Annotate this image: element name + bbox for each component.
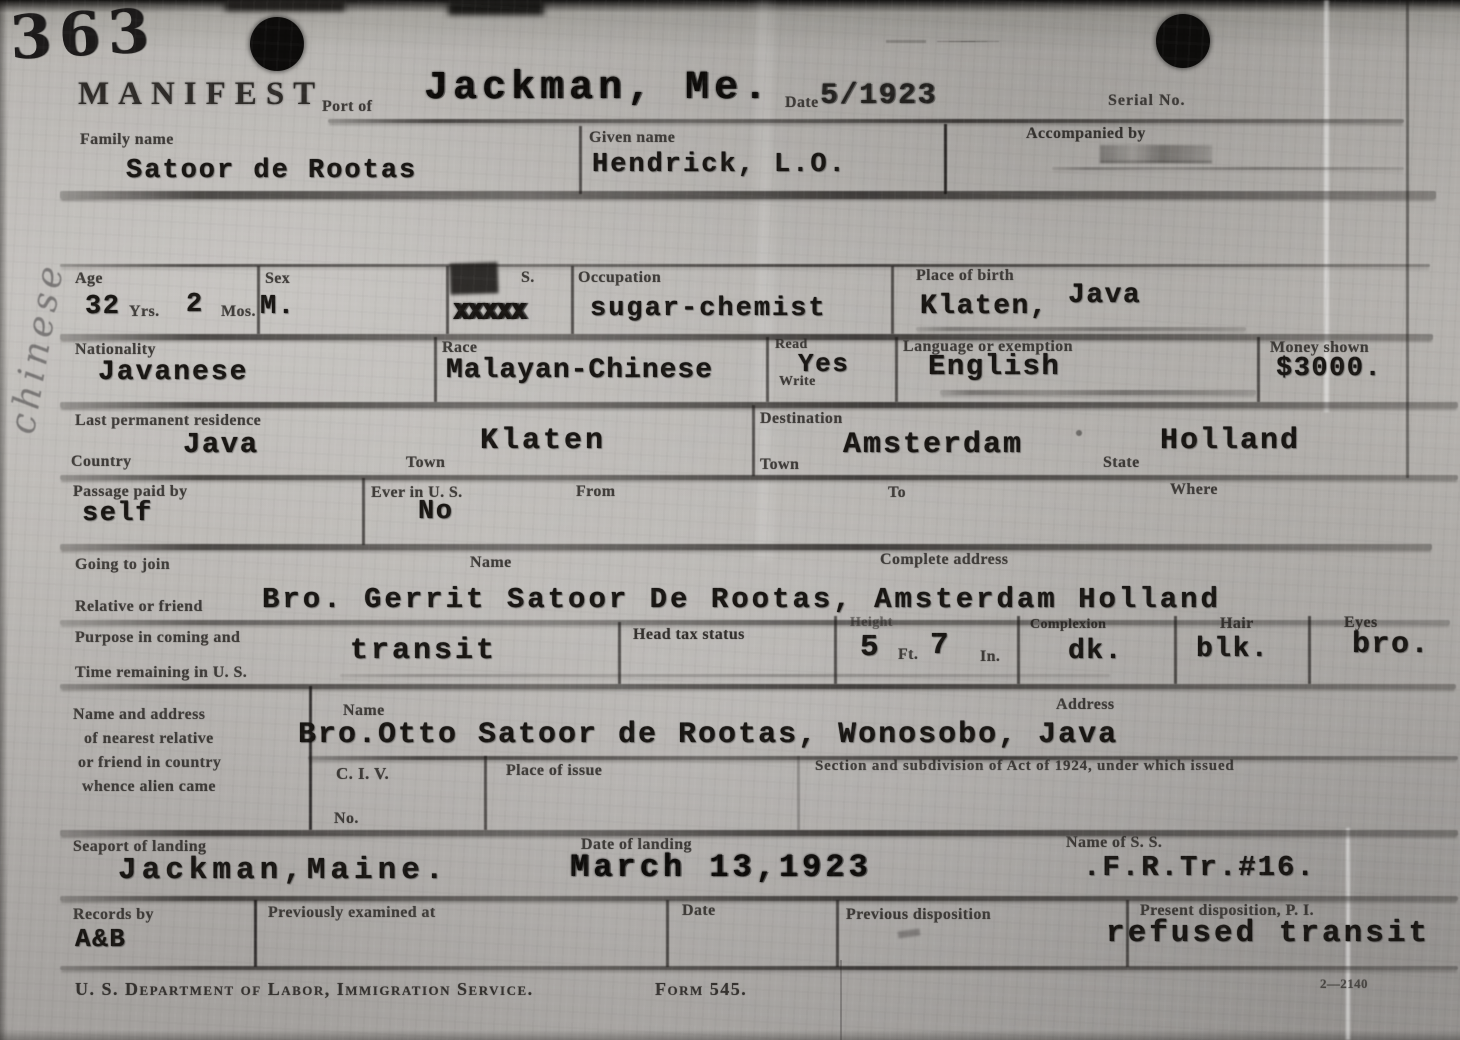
divider-given-accompanied — [944, 124, 947, 194]
ft-label: Ft. — [898, 646, 918, 664]
date-of-landing-value: March 13,1923 — [570, 849, 872, 886]
to-label: To — [888, 484, 906, 502]
crease-footer — [840, 960, 842, 1040]
sex-value: M. — [260, 292, 295, 322]
family-name-value: Satoor de Rootas — [126, 156, 417, 186]
passage-paid-value: self — [82, 499, 153, 529]
pencil-check-mark — [898, 929, 921, 939]
nearest-relative-value: Bro.Otto Satoor de Rootas, Wonosobo, Jav… — [298, 718, 1118, 752]
previously-examined-label: Previously examined at — [268, 904, 436, 922]
town-value: Klaten — [480, 424, 606, 458]
nearest-relative-label-4: whence alien came — [82, 778, 216, 796]
state-label: State — [1103, 454, 1140, 472]
rule-under-passage-row — [60, 544, 1432, 550]
country-label: Country — [71, 453, 132, 471]
occupation-value: sugar-chemist — [590, 294, 827, 324]
destination-label: Destination — [760, 410, 843, 428]
divider-nationality-race — [434, 337, 437, 402]
join-name-label: Name — [470, 554, 512, 572]
race-value: Malayan-Chinese — [446, 355, 713, 386]
given-name-value: Hendrick, L.O. — [592, 150, 847, 180]
records-by-label: Records by — [73, 906, 154, 924]
rule-under-header — [328, 119, 1404, 123]
nationality-value: Javanese — [98, 357, 248, 388]
relative-or-friend-label: Relative or friend — [75, 598, 203, 616]
dest-town-label: Town — [760, 456, 799, 474]
divider-marital-occupation — [571, 266, 574, 334]
place-of-issue-label: Place of issue — [506, 762, 602, 780]
given-name-label: Given name — [589, 129, 675, 147]
head-tax-label: Head tax status — [633, 626, 745, 644]
rule-under-purpose-row — [60, 684, 1456, 689]
mos-label: Mos. — [221, 303, 256, 321]
yrs-label: Yrs. — [129, 303, 159, 321]
ever-in-us-value: No — [418, 497, 453, 527]
divider-sex-marital — [446, 266, 449, 334]
marital-struck-value: XXXXX — [453, 300, 525, 327]
stamp-blotch-marital — [449, 262, 498, 295]
section-act-label: Section and subdivision of Act of 1924, … — [815, 758, 1235, 775]
complexion-value: dk. — [1068, 636, 1123, 667]
smudge-under-language — [940, 390, 1256, 395]
birth-city-value: Klaten, — [920, 291, 1048, 322]
money-value: $3000. — [1276, 354, 1382, 384]
accompanied-by-smudge — [1100, 145, 1212, 163]
state-value: Holland — [1160, 424, 1300, 458]
single-label: S. — [521, 269, 535, 287]
scan-left-edge — [0, 0, 8, 1040]
rule-under-names — [60, 191, 1436, 199]
divider-civ-issue — [484, 756, 487, 830]
rule-under-nationality-row — [60, 402, 1458, 408]
footer-form-number: Form 545. — [655, 979, 747, 1000]
nearest-relative-label-1: Name and address — [73, 706, 205, 724]
divider-race-readwrite — [766, 337, 769, 402]
scan-top-edge — [0, 0, 1460, 13]
present-disposition-value: refused transit — [1106, 916, 1430, 951]
rule-under-records-row — [60, 966, 1458, 970]
divider-family-given — [579, 126, 582, 194]
dest-town-value: Amsterdam — [843, 428, 1023, 462]
in-label: In. — [980, 648, 1000, 666]
relative-address-label: Address — [1056, 696, 1115, 714]
port-value: Jackman, Me. — [424, 66, 772, 111]
name-of-ss-label: Name of S. S. — [1066, 834, 1162, 852]
country-value: Java — [183, 428, 259, 461]
rule-under-relative-row — [60, 830, 1458, 836]
from-label: From — [576, 483, 616, 501]
divider-examined-date — [666, 900, 669, 967]
footer-print-code: 2—2140 — [1320, 976, 1368, 992]
date-value: 5/1923 — [820, 79, 937, 113]
pencil-marks — [886, 40, 926, 43]
records-by-value: A&B — [75, 924, 126, 954]
where-label: Where — [1170, 481, 1218, 499]
civ-no-label: No. — [334, 810, 359, 828]
divider-language-money — [1257, 337, 1260, 402]
smudge-under-birth — [916, 327, 1246, 331]
nearest-relative-label-2: of nearest relative — [84, 730, 214, 748]
manifest-card: 363 chinese MANIFEST Port of Jackman, Me… — [0, 0, 1460, 1040]
purpose-label: Purpose in coming and — [75, 629, 240, 647]
hair-value: blk. — [1196, 634, 1269, 665]
write-label: Write — [779, 374, 816, 390]
purpose-value: transit — [350, 634, 497, 668]
handwritten-number: 363 — [8, 0, 158, 74]
previous-disposition-label: Previous disposition — [846, 906, 991, 924]
birth-region-value: Java — [1068, 280, 1141, 311]
divider-records-examined — [254, 900, 257, 967]
seaport-value: Jackman,Maine. — [118, 853, 448, 888]
nearest-relative-label-3: or friend in country — [78, 754, 221, 772]
divider-occupation-birth — [891, 266, 894, 334]
divider-hair-eyes — [1308, 616, 1311, 684]
height-in-value: 7 — [930, 628, 950, 663]
port-of-label: Port of — [322, 98, 372, 116]
civ-label: C. I. V. — [336, 764, 389, 784]
divider-readwrite-language — [895, 337, 898, 402]
family-name-label: Family name — [80, 131, 174, 149]
height-ft-value: 5 — [860, 630, 880, 665]
place-of-birth-label: Place of birth — [916, 267, 1014, 285]
ss-value: .F.R.Tr.#16. — [1083, 851, 1316, 884]
complete-address-label: Complete address — [880, 551, 1008, 569]
scan-top-blob-2 — [225, 0, 345, 11]
manifest-title: MANIFEST — [78, 76, 324, 113]
sex-label: Sex — [265, 270, 290, 288]
records-date-label: Date — [682, 902, 716, 920]
divider-residence-destination — [752, 405, 755, 476]
accompanied-by-label: Accompanied by — [1026, 125, 1146, 143]
rule-under-age-row — [60, 334, 1433, 340]
rule-above-age-row — [60, 264, 1430, 267]
smudge-under-purpose — [340, 674, 1110, 677]
age-years-value: 32 — [85, 292, 120, 322]
handwritten-margin-note: chinese — [2, 259, 73, 438]
divider-date-previous — [836, 900, 839, 967]
punch-hole-left — [250, 17, 304, 71]
language-value: English — [928, 350, 1060, 383]
rule-under-residence-row — [60, 475, 1458, 480]
punch-hole-right — [1156, 14, 1210, 68]
rule-under-landing-row — [60, 896, 1458, 901]
occupation-label: Occupation — [578, 269, 661, 287]
serial-no-label: Serial No. — [1108, 92, 1186, 110]
ink-speck — [1076, 430, 1082, 436]
divider-passage-ever — [362, 478, 365, 545]
rule-through-relative — [60, 620, 1450, 625]
scan-top-blob-1 — [448, 0, 544, 15]
divider-issue-section — [797, 756, 800, 830]
relative-or-friend-value: Bro. Gerrit Satoor De Rootas, Amsterdam … — [262, 583, 1221, 616]
eyes-value: bro. — [1352, 628, 1430, 662]
divider-complexion-hair — [1174, 616, 1177, 684]
going-to-join-label: Going to join — [75, 556, 170, 574]
rule-under-accompanied — [1052, 167, 1404, 170]
scan-bottom-edge — [0, 1030, 1460, 1040]
town-label: Town — [406, 454, 445, 472]
footer-agency: U. S. Department of Labor, Immigration S… — [75, 979, 534, 1000]
age-label: Age — [75, 270, 103, 288]
date-label: Date — [785, 94, 819, 112]
time-remaining-label: Time remaining in U. S. — [75, 664, 247, 682]
age-months-value: 2 — [186, 290, 204, 320]
